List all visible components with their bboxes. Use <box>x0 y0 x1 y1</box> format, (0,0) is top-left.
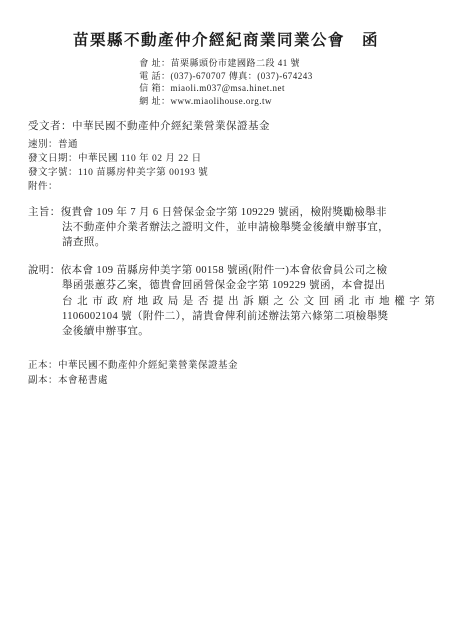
meta-issue-date: 發文日期：中華民國 110 年 02 月 22 日 <box>28 152 424 166</box>
contact-email: 信 箱：miaoli.m037@msa.hinet.net <box>139 82 312 95</box>
footer-original-recipient: 正本：中華民國不動產仲介經紀業營業保證基金 <box>28 359 424 374</box>
contact-address: 會 址：苗栗縣頭份市建國路二段 41 號 <box>139 57 312 70</box>
subject-line: 請查照。 <box>28 235 426 250</box>
contact-block: 會 址：苗栗縣頭份市建國路二段 41 號 電 話：(037)-670707 傳真… <box>139 57 312 107</box>
subject-paragraph: 主旨：復貴會 109 年 7 月 6 日營保金金字第 109229 號函，檢附獎… <box>28 205 426 251</box>
description-line: 舉函張蕙芬乙案，德貴會回函營保金金字第 109229 號函，本會提出 <box>28 278 426 293</box>
description-line: 說明：依本會 109 苗縣房仲美字第 00158 號函(附件一)本會依會員公司之… <box>28 263 426 278</box>
subject-line: 法不動產仲介業者辦法之證明文件，並申請檢舉獎金後續申辦事宜， <box>28 220 426 235</box>
contact-website: 網 址：www.miaolihouse.org.tw <box>139 95 312 108</box>
recipient-line: 受文者：中華民國不動產仲介經紀業營業保證基金 <box>28 118 424 133</box>
description-line: 台北市政府地政局是否提出訴願之公文回函北市地權字第 <box>28 294 426 309</box>
subject-text: 復貴會 109 年 7 月 6 日營保金金字第 109229 號函，檢附獎勵檢舉… <box>61 207 387 218</box>
meta-priority: 速別：普通 <box>28 138 424 152</box>
meta-attachment: 附件： <box>28 180 424 194</box>
description-line: 金後續申辦事宜。 <box>28 324 426 339</box>
footer-copy-recipient: 副本：本會秘書處 <box>28 374 424 389</box>
subject-label: 主旨： <box>28 207 61 218</box>
document-title: 苗栗縣不動產仲介經紀商業同業公會 函 <box>0 0 452 50</box>
official-letter-page: 苗栗縣不動產仲介經紀商業同業公會 函 會 址：苗栗縣頭份市建國路二段 41 號 … <box>0 0 452 640</box>
description-line: 1106002104 號（附件二），請貴會俾利前述辦法第六條第二項檢舉獎 <box>28 309 426 324</box>
contact-block-wrapper: 會 址：苗栗縣頭份市建國路二段 41 號 電 話：(037)-670707 傳真… <box>0 57 452 109</box>
meta-doc-number: 發文字號：110 苗縣房仲美字第 00193 號 <box>28 166 424 180</box>
meta-block: 速別：普通 發文日期：中華民國 110 年 02 月 22 日 發文字號：110… <box>28 138 424 194</box>
description-paragraph: 說明：依本會 109 苗縣房仲美字第 00158 號函(附件一)本會依會員公司之… <box>28 263 426 339</box>
footer-block: 正本：中華民國不動產仲介經紀業營業保證基金 副本：本會秘書處 <box>28 359 424 389</box>
description-label: 說明： <box>28 265 61 276</box>
description-text: 依本會 109 苗縣房仲美字第 00158 號函(附件一)本會依會員公司之檢 <box>61 265 388 276</box>
subject-line: 主旨：復貴會 109 年 7 月 6 日營保金金字第 109229 號函，檢附獎… <box>28 205 426 220</box>
contact-phone-fax: 電 話：(037)-670707 傳真：(037)-674243 <box>139 70 312 83</box>
